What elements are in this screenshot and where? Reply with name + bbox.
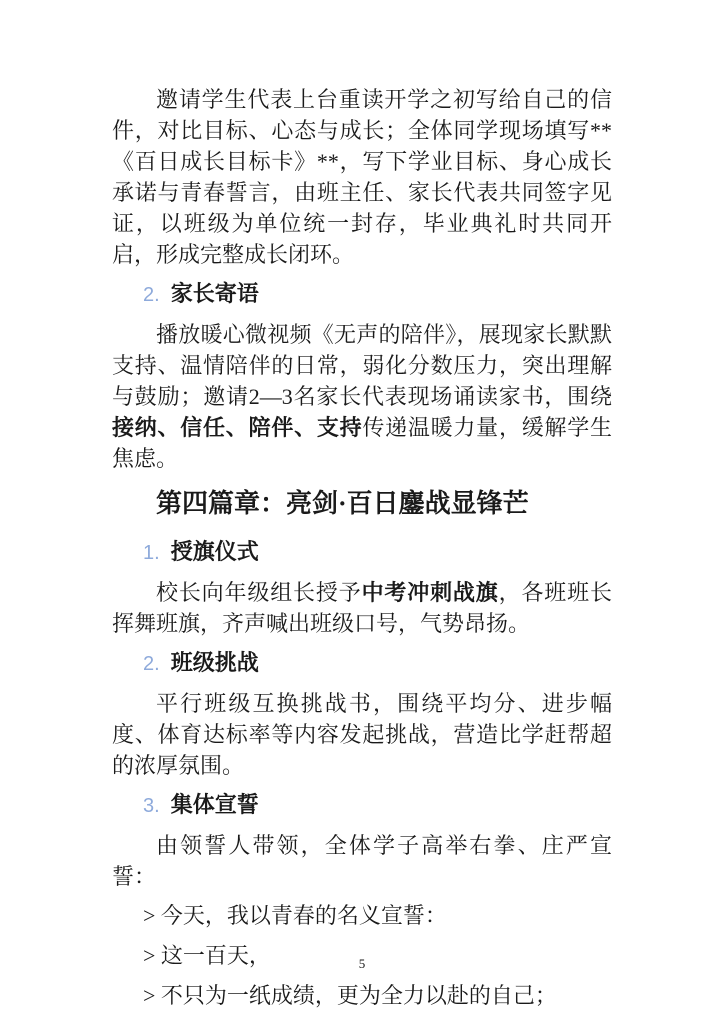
list-number: 2.: [143, 653, 160, 675]
heading-title: 家长寄语: [171, 281, 259, 306]
paragraph-text: 播放暖心微视频《无声的陪伴》，展现家长默默支持、温情陪伴的日常，弱化分数压力，突…: [112, 322, 612, 409]
paragraph-text: 平行班级互换挑战书，围绕平均分、进步幅度、体育达标率等内容发起挑战，营造比学赶帮…: [112, 691, 612, 778]
numbered-heading-collective-oath: 3.集体宣誓: [143, 789, 612, 822]
paragraph-text-bold: 中考冲刺战旗: [362, 580, 499, 605]
paragraph-class-challenge: 平行班级互换挑战书，围绕平均分、进步幅度、体育达标率等内容发起挑战，营造比学赶帮…: [112, 688, 612, 781]
paragraph-text-bold: 接纳、信任、陪伴、支持: [112, 415, 362, 440]
list-number: 2.: [143, 284, 160, 306]
paragraph-text: 由领誓人带领，全体学子高举右拳、庄严宣誓：: [112, 833, 612, 889]
paragraph-flag-ceremony: 校长向年级组长授予中考冲刺战旗，各班班长挥舞班旗，齐声喊出班级口号，气势昂扬。: [112, 577, 612, 639]
numbered-heading-parent-message: 2.家长寄语: [143, 278, 612, 311]
heading-title: 班级挑战: [171, 650, 259, 675]
numbered-heading-flag-ceremony: 1.授旗仪式: [143, 536, 612, 569]
document-content: 邀请学生代表上台重读开学之初写给自己的信件，对比目标、心态与成长；全体同学现场填…: [112, 84, 612, 1020]
document-page: 邀请学生代表上台重读开学之初写给自己的信件，对比目标、心态与成长；全体同学现场填…: [0, 0, 724, 1024]
paragraph-letter-reading: 邀请学生代表上台重读开学之初写给自己的信件，对比目标、心态与成长；全体同学现场填…: [112, 84, 612, 270]
heading-title: 集体宣誓: [171, 792, 259, 817]
paragraph-text: 邀请学生代表上台重读开学之初写给自己的信件，对比目标、心态与成长；全体同学现场填…: [112, 87, 612, 267]
numbered-heading-class-challenge: 2.班级挑战: [143, 647, 612, 680]
list-number: 3.: [143, 795, 160, 817]
heading-title: 授旗仪式: [171, 539, 259, 564]
page-number: 5: [0, 956, 724, 972]
paragraph-collective-oath: 由领誓人带领，全体学子高举右拳、庄严宣誓：: [112, 830, 612, 892]
chapter-heading: 第四篇章：亮剑·百日鏖战显锋芒: [156, 484, 612, 524]
quote-line-1: > 今天，我以青春的名义宣誓：: [143, 900, 612, 931]
list-number: 1.: [143, 542, 160, 564]
paragraph-text: 校长向年级组长授予: [156, 580, 362, 605]
paragraph-parent-message: 播放暖心微视频《无声的陪伴》，展现家长默默支持、温情陪伴的日常，弱化分数压力，突…: [112, 319, 612, 474]
quote-line-3: > 不只为一纸成绩，更为全力以赴的自己；: [143, 980, 612, 1011]
